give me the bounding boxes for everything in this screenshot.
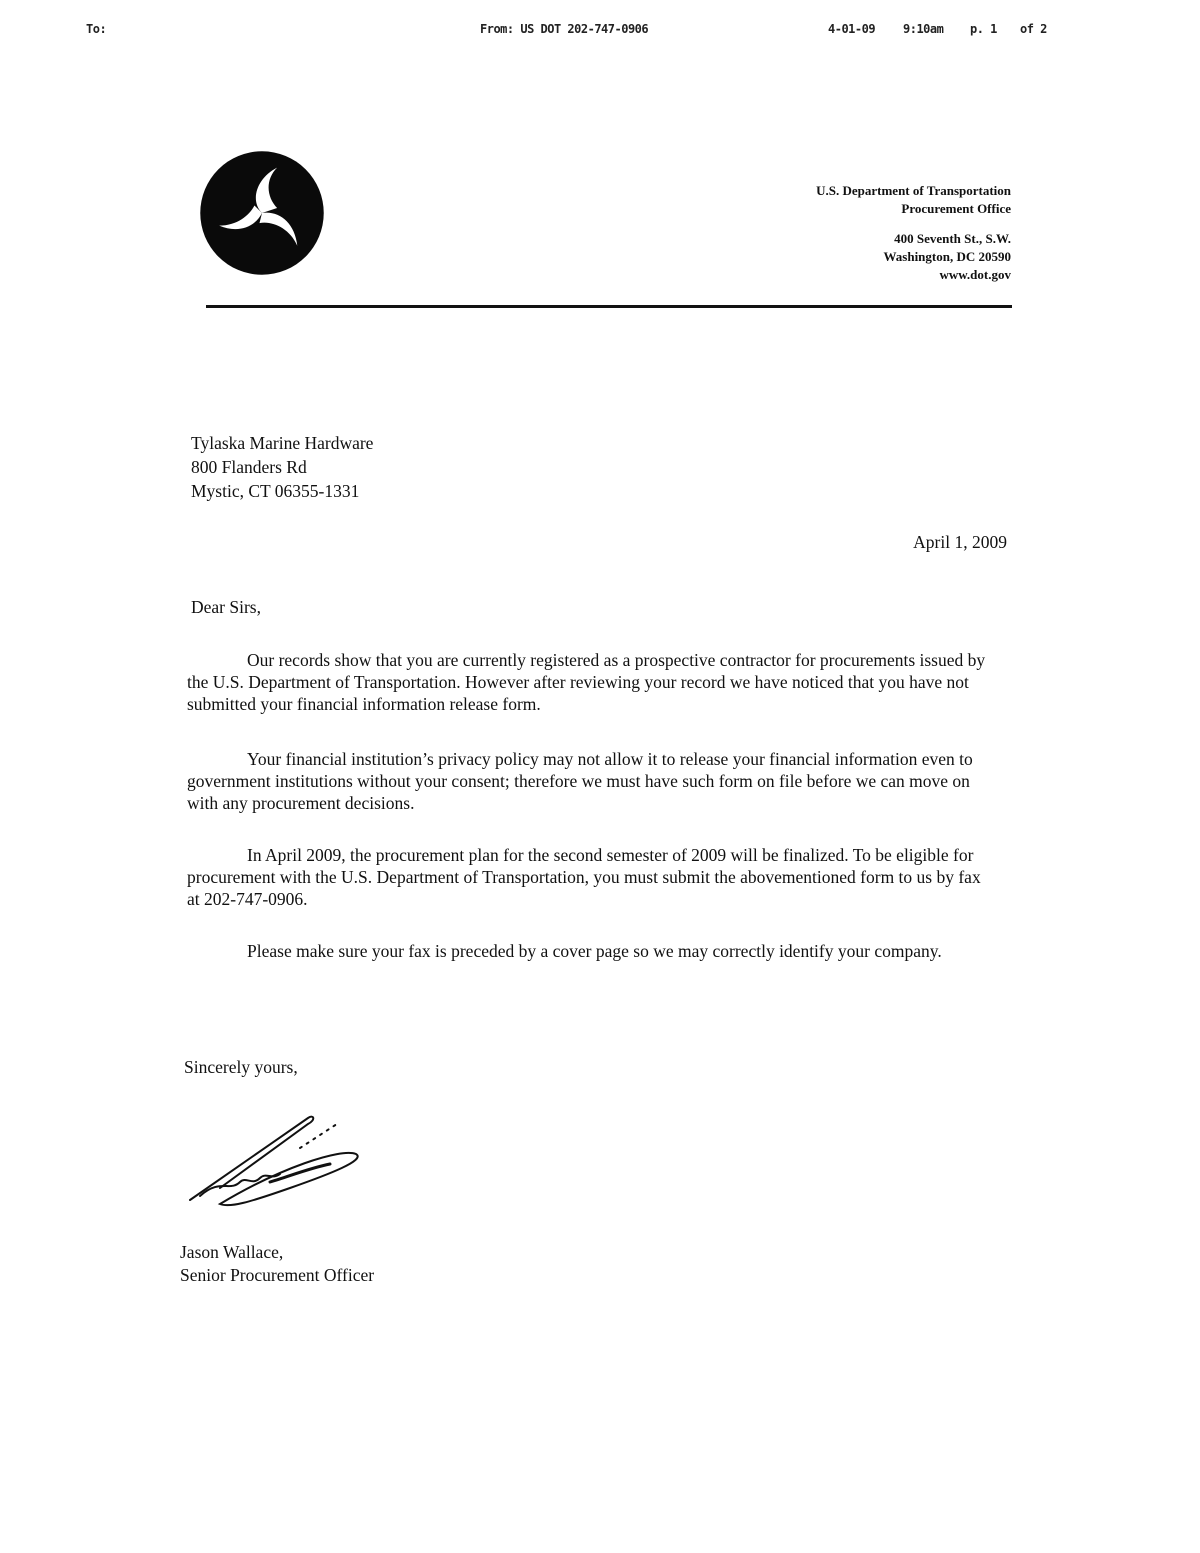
letterhead-divider	[206, 305, 1012, 308]
fax-to-label: To:	[86, 22, 106, 36]
paragraph: In April 2009, the procurement plan for …	[187, 844, 987, 910]
fax-header: To: From: US DOT 202-747-0906 4-01-09 9:…	[0, 22, 1200, 42]
office-name: Procurement Office	[816, 200, 1011, 218]
paragraph: Please make sure your fax is preceded by…	[187, 940, 987, 962]
signature-icon	[180, 1108, 380, 1218]
department-name: U.S. Department of Transportation	[816, 182, 1011, 200]
recipient-name: Tylaska Marine Hardware	[191, 431, 373, 455]
signer-name: Jason Wallace,	[180, 1241, 374, 1264]
paragraph: Your financial institution’s privacy pol…	[187, 748, 987, 814]
signer-title: Senior Procurement Officer	[180, 1264, 374, 1287]
paragraph: Our records show that you are currently …	[187, 649, 987, 715]
recipient-street: 800 Flanders Rd	[191, 455, 373, 479]
office-street: 400 Seventh St., S.W.	[816, 230, 1011, 248]
fax-page: p. 1	[970, 22, 997, 36]
letter-date: April 1, 2009	[913, 532, 1007, 553]
fax-time: 9:10am	[903, 22, 943, 36]
recipient-city: Mystic, CT 06355-1331	[191, 479, 373, 503]
signer-block: Jason Wallace, Senior Procurement Office…	[180, 1241, 374, 1287]
office-website: www.dot.gov	[816, 266, 1011, 284]
fax-page-total: of 2	[1020, 22, 1047, 36]
fax-date: 4-01-09	[828, 22, 875, 36]
dot-triskelion-logo-icon	[199, 150, 325, 276]
office-city: Washington, DC 20590	[816, 248, 1011, 266]
closing: Sincerely yours,	[184, 1057, 298, 1078]
fax-from: From: US DOT 202-747-0906	[480, 22, 648, 36]
salutation: Dear Sirs,	[191, 597, 261, 618]
recipient-address: Tylaska Marine Hardware 800 Flanders Rd …	[191, 431, 373, 503]
letterhead: U.S. Department of Transportation Procur…	[816, 182, 1011, 284]
